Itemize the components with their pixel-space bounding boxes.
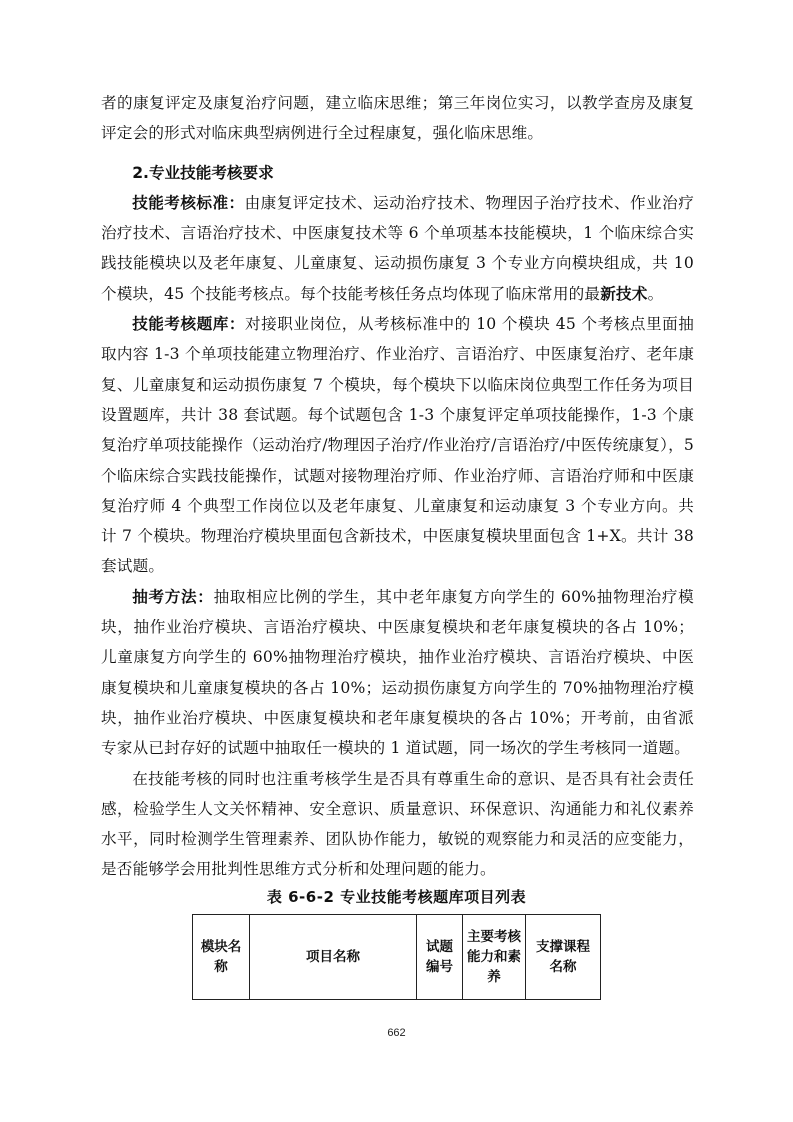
- table-caption: 表 6-6-2 专业技能考核题库项目列表: [0, 886, 793, 907]
- question-bank-table: 模块名称 项目名称 试题编号 主要考核能力和素养 支撑课程名称: [192, 914, 601, 1000]
- header-main-abilities: 主要考核能力和素养: [463, 915, 526, 1000]
- header-project-name: 项目名称: [250, 915, 417, 1000]
- question-bank-label: 技能考核题库：: [132, 315, 245, 333]
- header-module-name: 模块名称: [193, 915, 250, 1000]
- skill-standard-bold-tail: 新技术: [600, 285, 647, 303]
- page-number: 662: [0, 1027, 793, 1039]
- paragraph-question-bank: 技能考核题库：对接职业岗位，从考核标准中的 10 个模块 45 个考核点里面抽取…: [101, 309, 694, 582]
- paragraph-qualities: 在技能考核的同时也注重考核学生是否具有尊重生命的意识、是否具有社会责任感，检验学…: [101, 764, 694, 885]
- question-bank-text: 对接职业岗位，从考核标准中的 10 个模块 45 个考核点里面抽取内容 1-3 …: [101, 315, 694, 575]
- sampling-method-text: 抽取相应比例的学生，其中老年康复方向学生的 60%抽物理治疗模块，抽作业治疗模块…: [101, 588, 694, 757]
- page-body: 者的康复评定及康复治疗问题，建立临床思维；第三年岗位实习，以教学查房及康复评定会…: [101, 88, 694, 885]
- table-header-row: 模块名称 项目名称 试题编号 主要考核能力和素养 支撑课程名称: [193, 915, 601, 1000]
- skill-standard-end: 。: [648, 285, 664, 303]
- header-question-number: 试题编号: [417, 915, 463, 1000]
- header-supporting-course: 支撑课程名称: [526, 915, 601, 1000]
- skill-standard-label: 技能考核标准：: [132, 194, 244, 212]
- sampling-method-label: 抽考方法：: [132, 588, 213, 606]
- paragraph-skill-standard: 技能考核标准：由康复评定技术、运动治疗技术、物理因子治疗技术、作业治疗治疗技术、…: [101, 188, 694, 309]
- paragraph-continued: 者的康复评定及康复治疗问题，建立临床思维；第三年岗位实习，以教学查房及康复评定会…: [101, 88, 694, 149]
- paragraph-sampling-method: 抽考方法：抽取相应比例的学生，其中老年康复方向学生的 60%抽物理治疗模块，抽作…: [101, 582, 694, 764]
- section-heading: 2.专业技能考核要求: [101, 158, 694, 188]
- document-page: 者的康复评定及康复治疗问题，建立临床思维；第三年岗位实习，以教学查房及康复评定会…: [0, 0, 793, 1122]
